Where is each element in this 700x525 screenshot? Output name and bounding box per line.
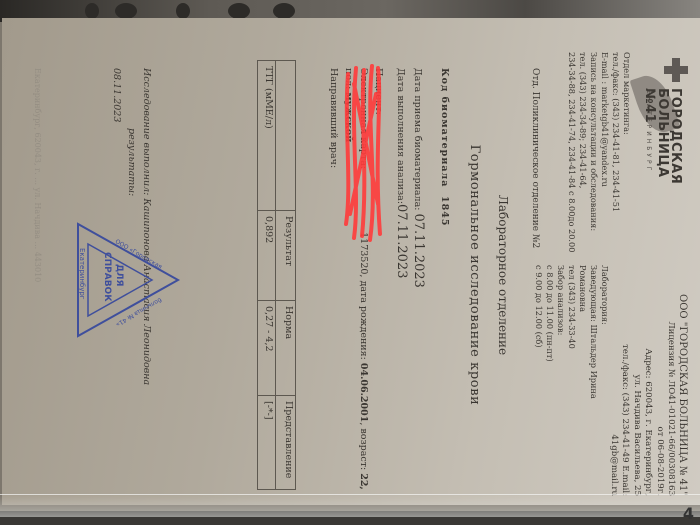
triangle-stamp: ДЛЯ СПРАВОК ООО «Городская больница № 41… <box>72 220 182 340</box>
sample-meta: Код биоматериала 1845 Дата приема биомат… <box>392 68 452 288</box>
results-table: Результат Норма Представление ТТГ (мМЕ/л… <box>257 60 296 490</box>
date-done: Дата выполнения анализа:07.11.2023 <box>392 68 409 288</box>
plastic-sleeve-edge <box>0 494 700 517</box>
rotated-document: ГОРОДСКАЯ БОЛЬНИЦА №41 ЕКАТЕРИНБУРГ Отде… <box>12 40 700 505</box>
table-row: ТТГ (мМЕ/л) 0,892 0,27 - 4,2 [-*-] <box>258 61 276 490</box>
binder-hole <box>228 3 250 19</box>
corner-mark: 4 <box>683 504 694 523</box>
referring-doctor-row: Направивший врач: <box>326 68 341 498</box>
binder-hole <box>115 3 137 19</box>
department: Отд. Поликлиническое отделение №2 <box>530 68 540 248</box>
marketing-contacts: Отдел маркетинга: тел./факс: (343) 234-4… <box>566 52 632 282</box>
lab-title: Лабораторное отделение <box>496 40 510 505</box>
biomaterial-code: Код биоматериала 1845 <box>436 68 452 288</box>
logo-city: ЕКАТЕРИНБУРГ <box>645 90 652 173</box>
document-sheet: ГОРОДСКАЯ БОЛЬНИЦА №41 ЕКАТЕРИНБУРГ Отде… <box>2 18 700 505</box>
document-header: ГОРОДСКАЯ БОЛЬНИЦА №41 ЕКАТЕРИНБУРГ Отде… <box>544 40 694 505</box>
study-title: Гормональное исследование крови <box>467 40 482 505</box>
hospital-logo: ГОРОДСКАЯ БОЛЬНИЦА №41 ЕКАТЕРИНБУРГ <box>630 56 690 166</box>
organization-info: ООО "ГОРОДСКАЯ БОЛЬНИЦА № 41" Лицензия №… <box>608 281 689 496</box>
date-received: Дата приема биоматериала: 07.11.2023 <box>409 68 426 288</box>
binder-hole <box>85 3 99 19</box>
binder-hole <box>273 3 295 19</box>
laboratory-info: Лаборатория: Заведующая: Штальдер Ирина … <box>533 265 610 415</box>
redaction-scribble <box>340 64 384 244</box>
cross-icon <box>664 58 688 82</box>
binder-hole <box>176 3 190 19</box>
faint-print-through: Екатеринбург, 620043, г. ... ул. Начдива… <box>33 68 42 282</box>
table-header-row: Результат Норма Представление <box>276 61 296 490</box>
